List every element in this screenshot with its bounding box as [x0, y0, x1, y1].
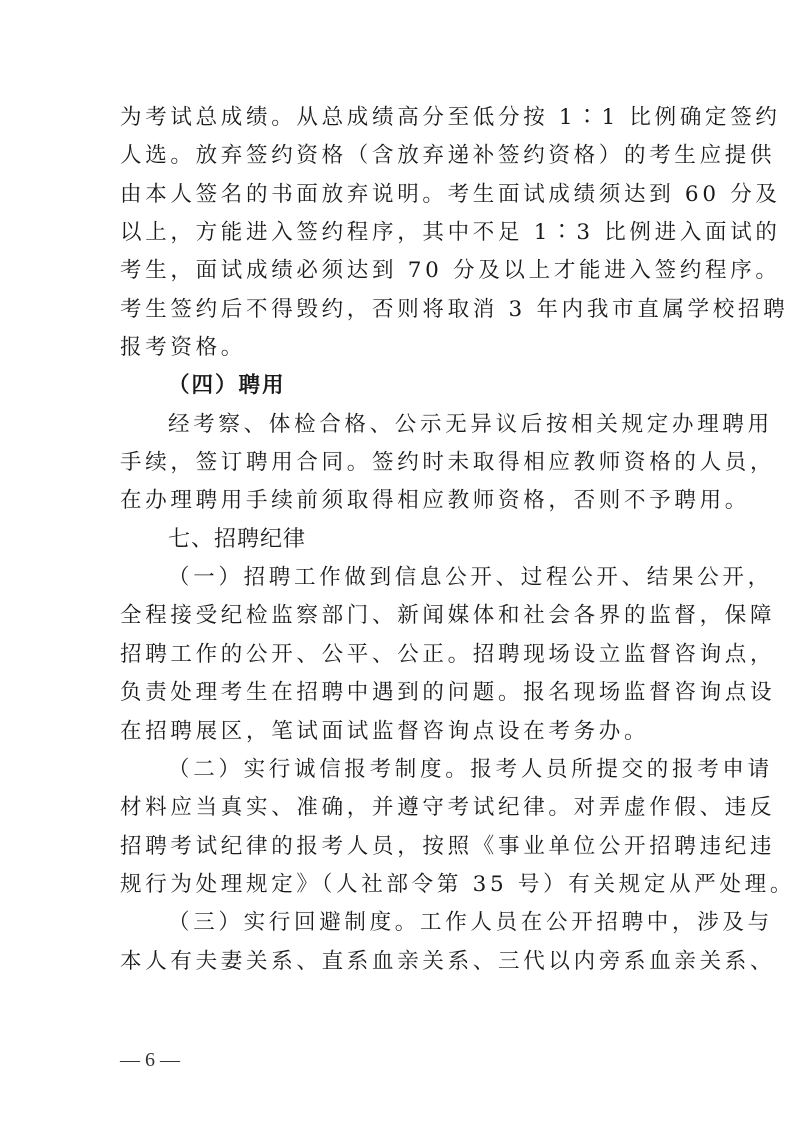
body-line: 在办理聘用手续前须取得相应教师资格，否则不予聘用。 [120, 482, 680, 520]
body-line: 考生，面试成绩必须达到 70 分及以上才能进入签约程序。 [120, 252, 680, 290]
subheading-hiring: （四）聘用 [120, 367, 680, 405]
body-line: 全程接受纪检监察部门、新闻媒体和社会各界的监督，保障 [120, 597, 680, 635]
body-line: 以上，方能进入签约程序，其中不足 1∶3 比例进入面试的 [120, 214, 680, 252]
body-line: 规行为处理规定》（人社部令第 35 号）有关规定从严处理。 [120, 866, 680, 904]
page-number: — 6 — [120, 1045, 180, 1075]
body-line: 负责处理考生在招聘中遇到的问题。报名现场监督咨询点设 [120, 674, 680, 712]
body-line: 在招聘展区，笔试面试监督咨询点设在考务办。 [120, 713, 680, 751]
paragraph-start-line: （三）实行回避制度。工作人员在公开招聘中，涉及与 [120, 904, 680, 942]
body-line: 招聘工作的公开、公平、公正。招聘现场设立监督咨询点， [120, 636, 680, 674]
document-page: 为考试总成绩。从总成绩高分至低分按 1∶1 比例确定签约 人选。放弃签约资格（含… [120, 99, 680, 981]
body-line: 本人有夫妻关系、直系血亲关系、三代以内旁系血亲关系、 [120, 943, 680, 981]
body-line: 为考试总成绩。从总成绩高分至低分按 1∶1 比例确定签约 [120, 99, 680, 137]
body-line: 人选。放弃签约资格（含放弃递补签约资格）的考生应提供 [120, 137, 680, 175]
paragraph-start-line: （二）实行诚信报考制度。报考人员所提交的报考申请 [120, 751, 680, 789]
paragraph-start-line: （一）招聘工作做到信息公开、过程公开、结果公开， [120, 559, 680, 597]
body-line: 报考资格。 [120, 329, 680, 367]
body-line: 考生签约后不得毁约，否则将取消 3 年内我市直属学校招聘 [120, 291, 680, 329]
body-line: 招聘考试纪律的报考人员，按照《事业单位公开招聘违纪违 [120, 828, 680, 866]
body-line: 手续，签订聘用合同。签约时未取得相应教师资格的人员， [120, 444, 680, 482]
body-line: 由本人签名的书面放弃说明。考生面试成绩须达到 60 分及 [120, 176, 680, 214]
body-line: 材料应当真实、准确，并遵守考试纪律。对弄虚作假、违反 [120, 789, 680, 827]
paragraph-start-line: 经考察、体检合格、公示无异议后按相关规定办理聘用 [120, 406, 680, 444]
section-heading-recruitment-discipline: 七、招聘纪律 [120, 521, 680, 559]
